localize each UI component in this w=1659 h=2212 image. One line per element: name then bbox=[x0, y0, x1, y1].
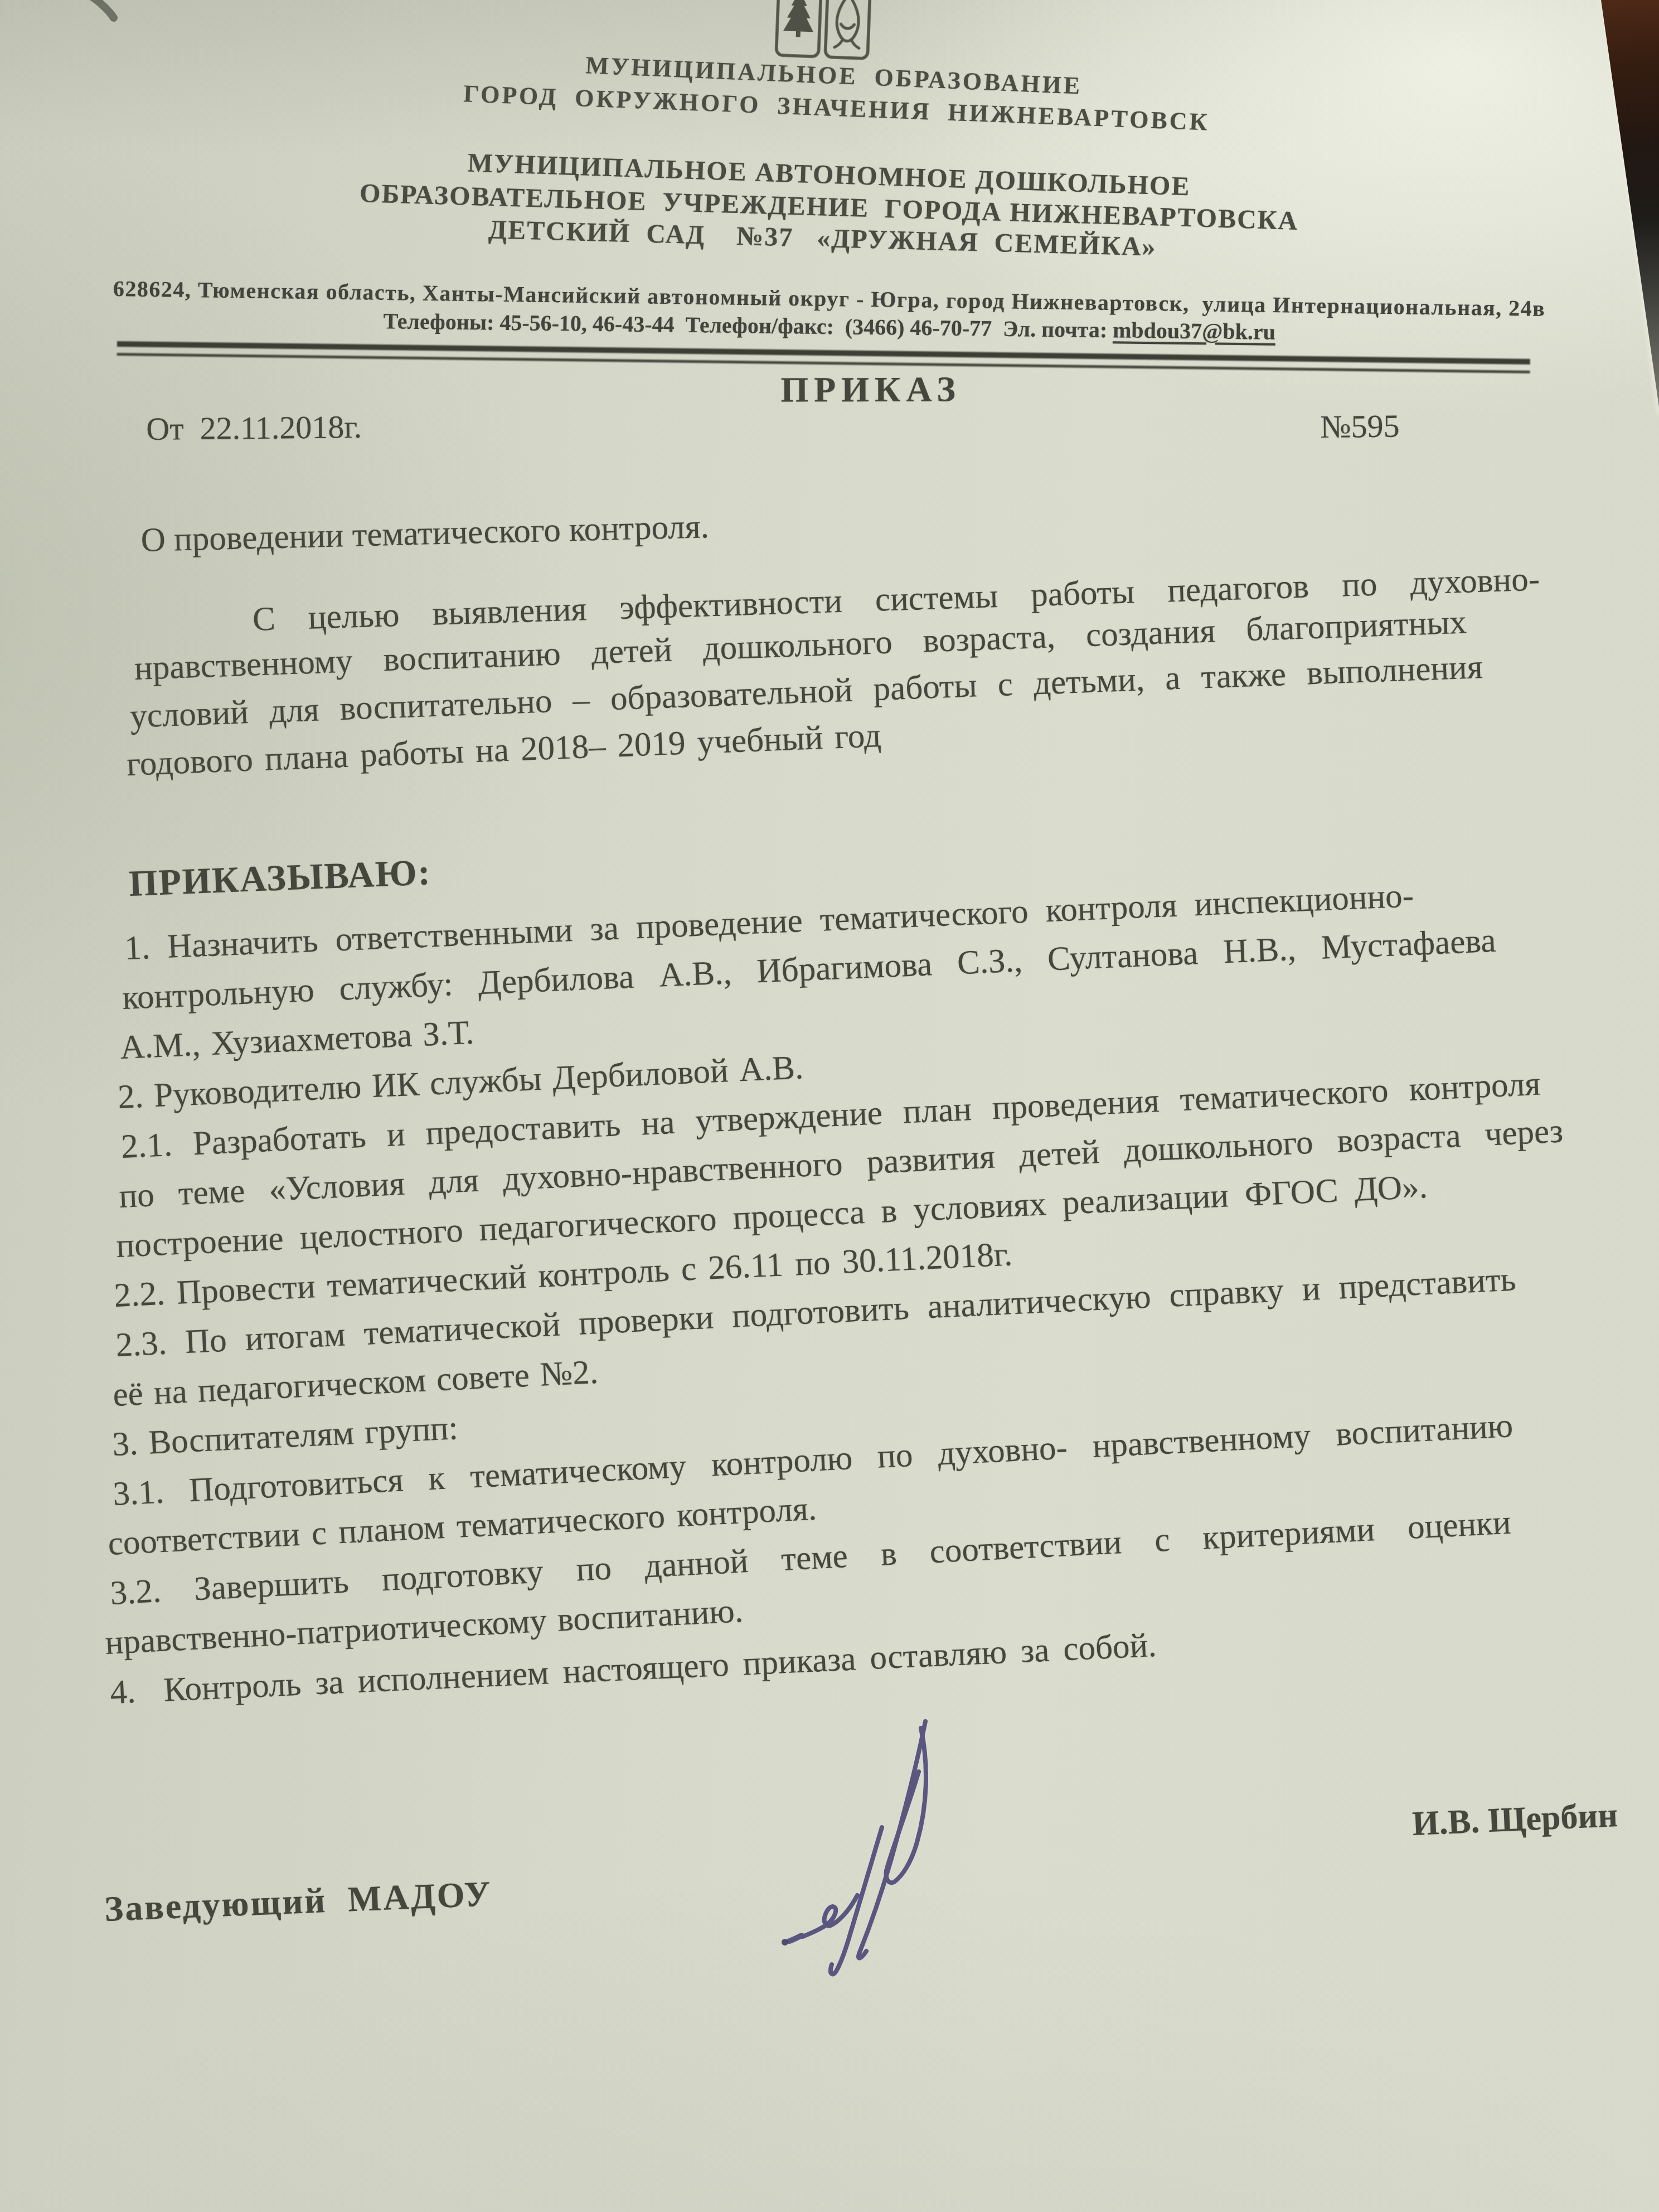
order-subject: О проведении тематического контроля. bbox=[140, 508, 710, 559]
order-item-line: её на педагогическом совете №2. bbox=[112, 1354, 599, 1414]
email-text: mbdou37@bk.ru bbox=[1113, 317, 1275, 345]
fish-icon bbox=[835, 0, 861, 48]
letterhead-divider bbox=[117, 341, 1530, 373]
signatory-role: Заведующий МАДОУ bbox=[104, 1874, 493, 1929]
order-number: №595 bbox=[1320, 409, 1400, 445]
decree-heading: ПРИКАЗЫВАЮ: bbox=[128, 852, 432, 904]
signatory-name: И.В. Щербин bbox=[1411, 1796, 1618, 1843]
pen-mark bbox=[78, 0, 128, 26]
order-date: От 22.11.2018г. bbox=[146, 409, 362, 447]
document-title: ПРИКАЗ bbox=[781, 370, 962, 410]
handwritten-signature-ink bbox=[741, 1711, 964, 1979]
order-item-line: 3. Воспитателям групп: bbox=[111, 1409, 459, 1463]
document-photo: МУНИЦИПАЛЬНОЕ ОБРАЗОВАНИЕ ГОРОД ОКРУЖНОГ… bbox=[0, 0, 1659, 2212]
order-item-line: А.М., Хузиахметова З.Т. bbox=[119, 1014, 475, 1066]
fir-tree-icon bbox=[783, 0, 815, 37]
